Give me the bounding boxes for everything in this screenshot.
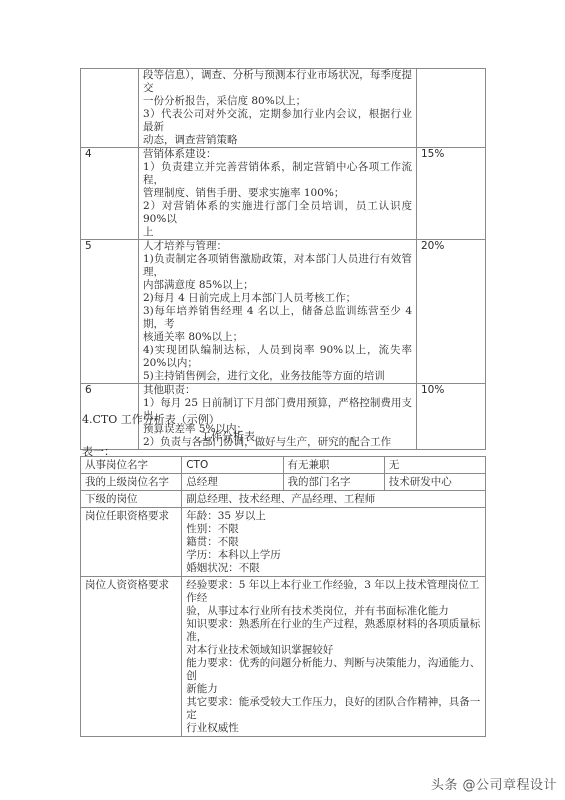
description-line: 人才培养与管理：	[143, 240, 412, 253]
table-row: 4 营销体系建设： 1）负责建立并完善营销体系，制定营销中心各项工作流程， 管理…	[81, 148, 486, 240]
description-line: 3）代表公司对外交流，定期参加行业内会议，根据行业最新	[143, 108, 412, 134]
job-analysis-table: 从事岗位名字 CTO 有无兼职 无 我的上级岗位名字 总经理 我的部门名字 技术…	[80, 456, 486, 737]
field-value: 总经理	[182, 474, 283, 491]
field-value: 技术研发中心	[384, 474, 485, 491]
description-line: 段等信息），调查、分析与预测本行业市场状况，每季度提交	[143, 69, 412, 95]
row-description: 营销体系建设： 1）负责建立并完善营销体系，制定营销中心各项工作流程， 管理制度…	[139, 148, 417, 240]
description-line: 上	[143, 226, 412, 239]
description-line: 2）对营销体系的实施进行部门全员培训，员工认识度 90%以	[143, 200, 412, 226]
description-line: 动态，调查营销策略	[143, 134, 412, 147]
requirement-line: 年龄：35 岁以上	[186, 510, 481, 523]
field-value: 年龄：35 岁以上 性别：不限 籍贯：不限 学历：本科以上学历 婚姻状况：不限	[182, 508, 486, 577]
requirement-line: 性别：不限	[186, 523, 481, 536]
description-line: 1)负责制定各项销售激励政策，对本部门人员进行有效管理，	[143, 253, 412, 279]
row-description: 段等信息），调查、分析与预测本行业市场状况，每季度提交 一份分析报告，采信度 8…	[139, 69, 417, 148]
table-row: 从事岗位名字 CTO 有无兼职 无	[81, 457, 486, 474]
row-description: 人才培养与管理： 1)负责制定各项销售激励政策，对本部门人员进行有效管理， 内部…	[139, 240, 417, 384]
description-line: 1）负责建立并完善营销体系，制定营销中心各项工作流程，	[143, 161, 412, 187]
field-value: 副总经理、技术经理、产品经理、工程师	[182, 491, 486, 508]
watermark: 头条 @公司章程设计	[431, 774, 557, 793]
requirement-line: 学历：本科以上学历	[186, 549, 481, 562]
requirement-line: 新能力	[186, 683, 481, 696]
requirement-line: 对本行业技术领域知识掌握较好	[186, 644, 481, 657]
field-value: 无	[384, 457, 485, 474]
description-line: 5)主持销售例会，进行文化，业务技能等方面的培训	[143, 370, 412, 383]
requirement-line: 行业权威性	[186, 722, 481, 735]
responsibilities-table: 段等信息），调查、分析与预测本行业市场状况，每季度提交 一份分析报告，采信度 8…	[80, 68, 486, 450]
description-line: 4)实现团队编制达标，人员到岗率 90%以上，流失率 20%以内；	[143, 344, 412, 370]
description-line: 3)每年培养销售经理 4 名以上，储备总监训练营至少 4 期，考	[143, 305, 412, 331]
row-weight	[417, 69, 486, 148]
section-heading: 4.CTO 工作分析表（示例）	[82, 411, 220, 427]
description-line: 其他职责：	[143, 384, 412, 397]
field-label: 我的上级岗位名字	[81, 474, 182, 491]
table-row: 段等信息），调查、分析与预测本行业市场状况，每季度提交 一份分析报告，采信度 8…	[81, 69, 486, 148]
description-line: 内部满意度 85%以上；	[143, 279, 412, 292]
description-line: 一份分析报告，采信度 80%以上；	[143, 95, 412, 108]
field-label: 从事岗位名字	[81, 457, 182, 474]
requirement-line: 经验要求：5 年以上本行业工作经验，3 年以上技术管理岗位工作经	[186, 579, 481, 605]
table-row: 我的上级岗位名字 总经理 我的部门名字 技术研发中心	[81, 474, 486, 491]
row-number	[81, 69, 139, 148]
row-number: 4	[81, 148, 139, 240]
requirement-line: 能力要求：优秀的问题分析能力、判断与决策能力，沟通能力、创	[186, 657, 481, 683]
field-label: 我的部门名字	[283, 474, 384, 491]
table-row: 下级的岗位 副总经理、技术经理、产品经理、工程师	[81, 491, 486, 508]
table-row: 岗位任职资格要求 年龄：35 岁以上 性别：不限 籍贯：不限 学历：本科以上学历…	[81, 508, 486, 577]
description-line: 核通关率 80%以上；	[143, 331, 412, 344]
field-label: 有无兼职	[283, 457, 384, 474]
table-row: 岗位人资资格要求 经验要求：5 年以上本行业工作经验，3 年以上技术管理岗位工作…	[81, 577, 486, 737]
requirement-line: 验，从事过本行业所有技术类岗位，并有书面标准化能力	[186, 605, 481, 618]
field-value: CTO	[182, 457, 283, 474]
row-number: 5	[81, 240, 139, 384]
field-label: 下级的岗位	[81, 491, 182, 508]
description-line: 营销体系建设：	[143, 148, 412, 161]
row-weight: 15%	[417, 148, 486, 240]
field-label: 岗位任职资格要求	[81, 508, 182, 577]
table-row: 5 人才培养与管理： 1)负责制定各项销售激励政策，对本部门人员进行有效管理， …	[81, 240, 486, 384]
description-line: 2）负责与各部门协调，做好与生产，研究的配合工作	[143, 436, 412, 449]
description-line: 管理制度、销售手册、要求实施率 100%；	[143, 187, 412, 200]
row-weight: 10%	[417, 384, 486, 450]
row-weight: 20%	[417, 240, 486, 384]
table-title: 工作分析表	[200, 428, 255, 444]
requirement-line: 籍贯：不限	[186, 536, 481, 549]
requirement-line: 知识要求：熟悉所在行业的生产过程，熟悉原材料的各项质量标准，	[186, 618, 481, 644]
description-line: 2)每月 4 日前完成上月本部门人员考核工作；	[143, 292, 412, 305]
requirement-line: 婚姻状况：不限	[186, 562, 481, 575]
field-label: 岗位人资资格要求	[81, 577, 182, 737]
requirement-line: 其它要求：能承受较大工作压力，良好的团队合作精神，具备一定	[186, 696, 481, 722]
field-value: 经验要求：5 年以上本行业工作经验，3 年以上技术管理岗位工作经 验，从事过本行…	[182, 577, 486, 737]
